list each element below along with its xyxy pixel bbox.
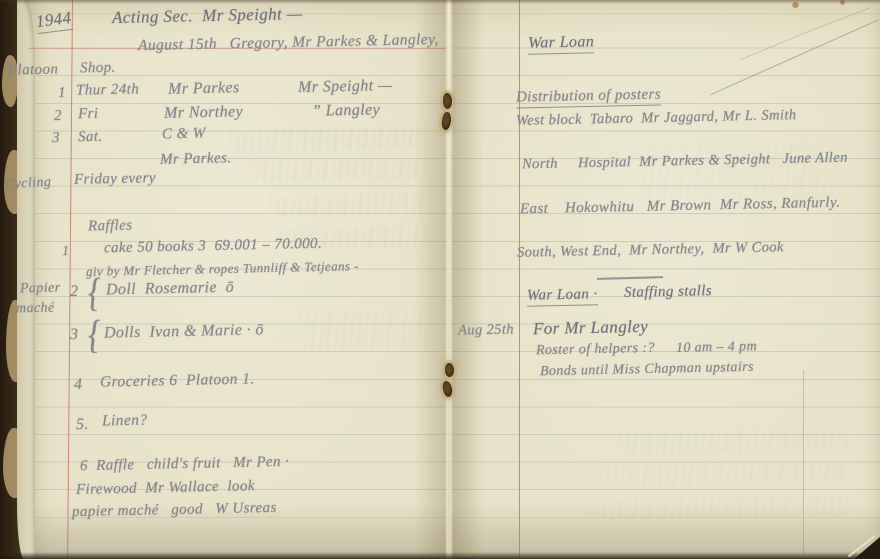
hw-for-mr-langley: For Mr Langley: [533, 317, 649, 339]
margin-label-aug25: Aug 25th: [458, 321, 514, 339]
brace-mark: {: [87, 269, 102, 316]
binding-crease: [448, 0, 450, 559]
hw-day-thur24: Thur 24th: [76, 81, 140, 99]
hw-shop-header: Shop.: [80, 60, 116, 78]
hw-mr-parkes-2: Mr Parkes.: [160, 150, 232, 168]
hw-mr-parkes-1: Mr Parkes: [168, 79, 240, 98]
page-bottom-edge: [0, 552, 880, 559]
hw-staffing-stalls: Staffing stalls: [624, 283, 712, 302]
page-top-edge: [0, 0, 880, 4]
hw-roster-of-helpers: Roster of helpers :?: [536, 341, 655, 359]
hw-day-fri: Fri: [78, 106, 99, 123]
hw-cw: C & W: [162, 126, 206, 144]
brace-mark: {: [87, 311, 102, 358]
hw-day-sat: Sat.: [78, 129, 103, 147]
hw-raffles-header: Raffles: [88, 218, 133, 236]
row-number: 3: [70, 326, 79, 344]
page-crease: [803, 370, 804, 555]
hw-linen: Linen?: [102, 412, 148, 431]
hw-doll-rosemarie: Doll Rosemarie ō: [106, 279, 234, 300]
hw-war-loan-heading: War Loan: [528, 33, 595, 54]
margin-label-papier: Papier: [20, 281, 61, 298]
hw-friday-every: Friday every: [74, 170, 156, 189]
hw-groceries: Groceries 6 Platoon 1.: [100, 370, 255, 391]
notebook-scan: 1944 Acting Sec. Mr Speight — August 15t…: [0, 0, 880, 559]
margin-label-mache: maché: [16, 301, 55, 318]
hw-langley-ditto: ” Langley: [312, 101, 380, 120]
hw-mr-northey: Mr Northey: [164, 103, 243, 123]
hw-mr-speight-1: Mr Speight —: [298, 77, 393, 97]
row-number: 1: [62, 244, 70, 260]
margin-label-platoon: Platoon: [8, 61, 59, 79]
torn-page-edge: [17, 0, 35, 559]
margin-label-cycling: Cycling: [5, 175, 52, 193]
row-number: 2: [54, 108, 62, 125]
row-number: 3: [52, 130, 60, 147]
row-number: 2: [70, 283, 79, 301]
row-number: 4: [74, 376, 83, 394]
row-number: 1: [58, 85, 66, 102]
hw-acting-sec: Acting Sec. Mr Speight —: [112, 4, 303, 28]
hw-war-loan-2: War Loan ·: [527, 286, 598, 306]
binding-stitch: [445, 363, 454, 377]
right-page: [448, 0, 880, 559]
hw-distribution-heading: Distribution of posters: [516, 86, 661, 108]
binding-stitch: [443, 93, 452, 109]
hw-hours: 10 am – 4 pm: [676, 339, 757, 357]
row-number: 5.: [76, 416, 89, 434]
year-label: 1944: [35, 8, 73, 34]
right-page-margin-line: [519, 0, 520, 559]
hw-dolls-ivan-marie: Dolls Ivan & Marie · ō: [104, 321, 264, 342]
